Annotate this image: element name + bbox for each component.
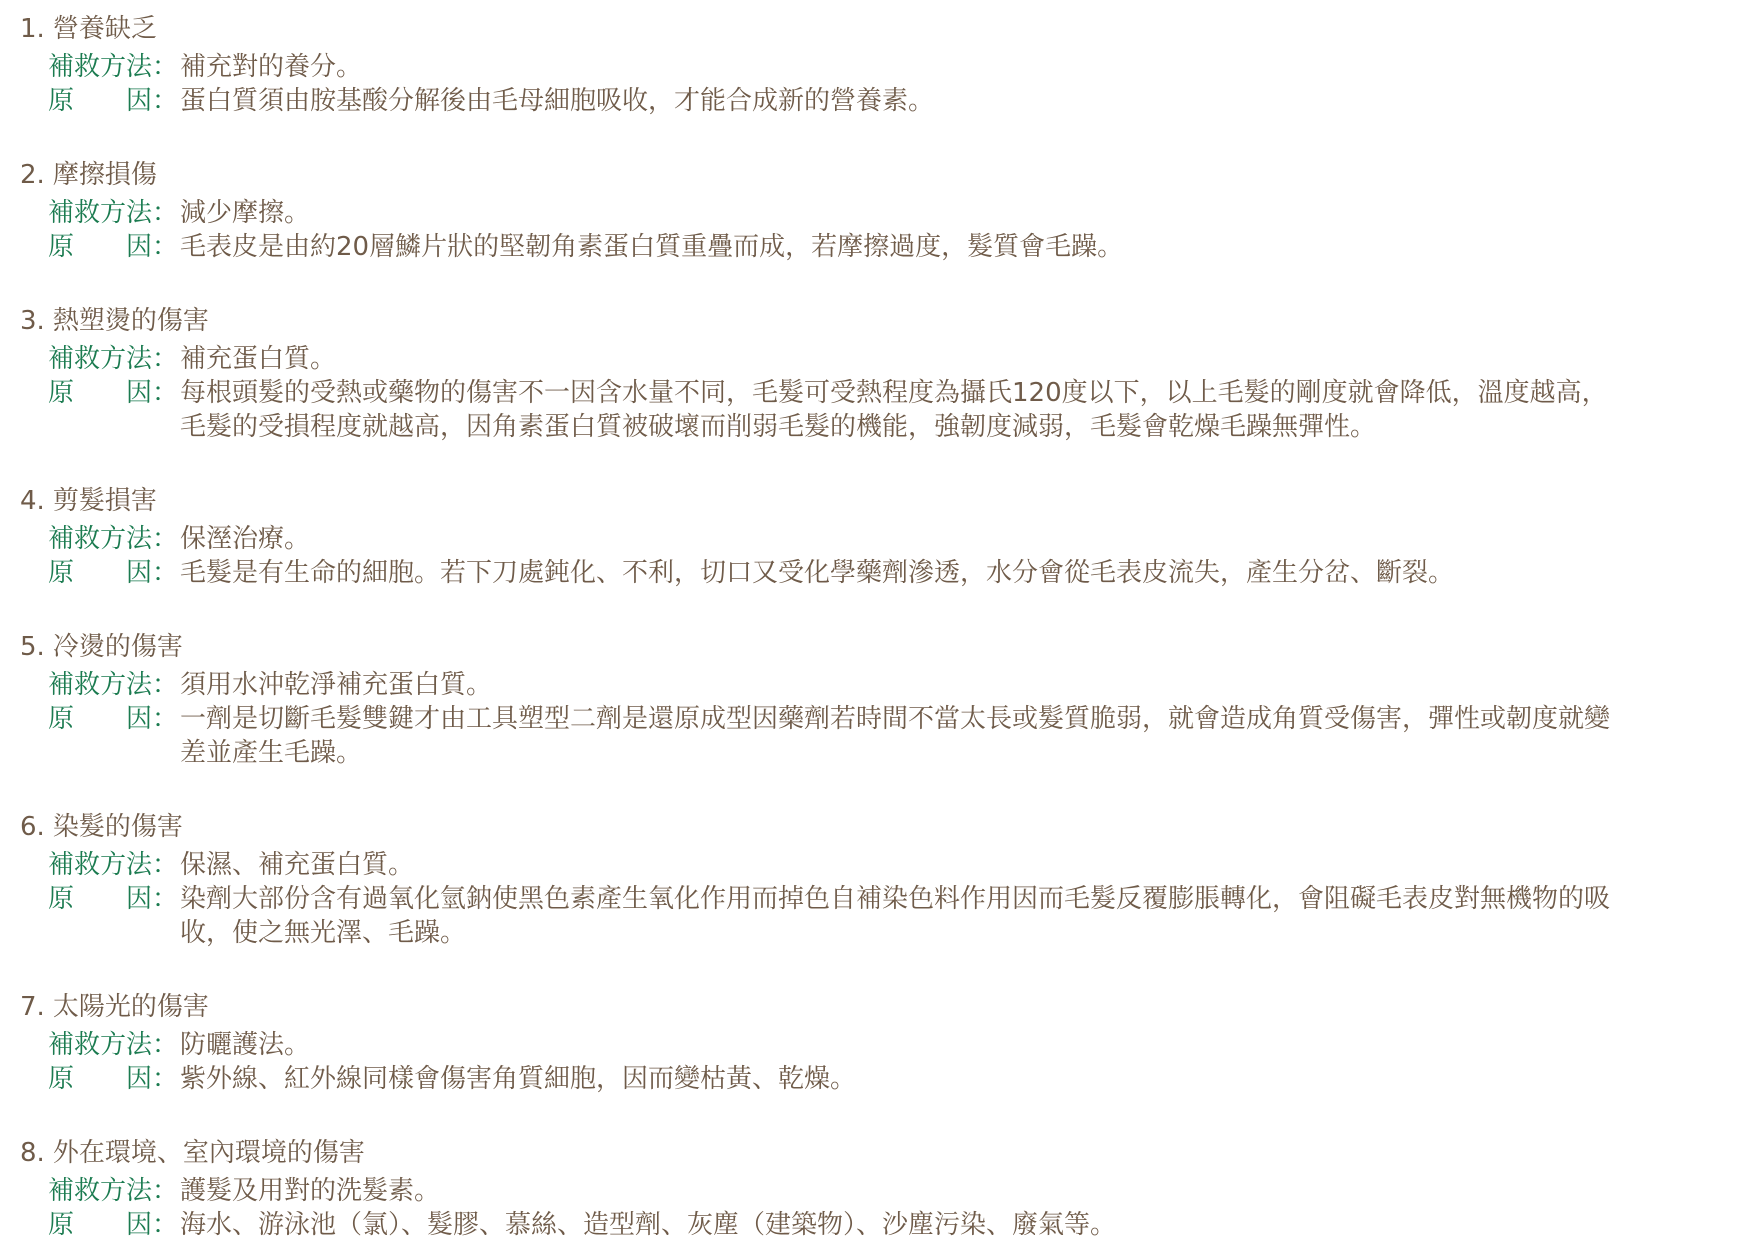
remedy-text: 護髮及用對的洗髮素。 (180, 1174, 440, 1208)
section-title: 1. 營養缺乏 (20, 12, 1744, 46)
section-number: 8. (20, 1136, 45, 1170)
section-title-text: 剪髮損害 (53, 484, 157, 518)
cause-text: 蛋白質須由胺基酸分解後由毛母細胞吸收，才能合成新的營養素。 (180, 84, 934, 118)
section-title-text: 染髮的傷害 (53, 810, 183, 844)
hair-damage-document: 1. 營養缺乏 補救方法： 補充對的養分。 原 因： 蛋白質須由胺基酸分解後由毛… (20, 12, 1744, 1240)
cause-row: 原 因： 蛋白質須由胺基酸分解後由毛母細胞吸收，才能合成新的營養素。 (48, 84, 1744, 118)
cause-label: 原 因： (48, 556, 180, 590)
cause-row: 原 因： 海水、游泳池（氯）、髮膠、慕絲、造型劑、灰塵（建築物）、沙塵污染、廢氣… (48, 1208, 1744, 1240)
remedy-row: 補救方法： 保濕、補充蛋白質。 (48, 848, 1744, 882)
section-7-sunlight-damage: 7. 太陽光的傷害 補救方法： 防曬護法。 原 因： 紫外線、紅外線同樣會傷害角… (20, 990, 1744, 1096)
cause-label: 原 因： (48, 1208, 180, 1240)
remedy-row: 補救方法： 補充對的養分。 (48, 50, 1744, 84)
remedy-text: 保溼治療。 (180, 522, 310, 556)
section-title: 8. 外在環境、室內環境的傷害 (20, 1136, 1744, 1170)
section-title-text: 外在環境、室內環境的傷害 (53, 1136, 365, 1170)
section-title-text: 摩擦損傷 (53, 158, 157, 192)
section-number: 5. (20, 630, 45, 664)
remedy-text: 補充蛋白質。 (180, 342, 336, 376)
section-title-text: 太陽光的傷害 (53, 990, 209, 1024)
section-2-friction-damage: 2. 摩擦損傷 補救方法： 減少摩擦。 原 因： 毛表皮是由約20層鱗片狀的堅韌… (20, 158, 1744, 264)
section-number: 4. (20, 484, 45, 518)
cause-label: 原 因： (48, 702, 180, 736)
remedy-text: 須用水沖乾淨補充蛋白質。 (180, 668, 492, 702)
cause-label: 原 因： (48, 882, 180, 916)
remedy-row: 補救方法： 須用水沖乾淨補充蛋白質。 (48, 668, 1744, 702)
cause-row: 原 因： 毛表皮是由約20層鱗片狀的堅韌角素蛋白質重疊而成，若摩擦過度，髮質會毛… (48, 230, 1744, 264)
cause-row: 原 因： 染劑大部份含有過氧化氫鈉使黑色素產生氧化作用而掉色自補染色料作用因而毛… (48, 882, 1744, 950)
remedy-label: 補救方法： (48, 1174, 180, 1208)
cause-row: 原 因： 每根頭髮的受熱或藥物的傷害不一因含水量不同，毛髮可受熱程度為攝氏120… (48, 376, 1744, 444)
cause-label: 原 因： (48, 230, 180, 264)
remedy-label: 補救方法： (48, 50, 180, 84)
remedy-row: 補救方法： 減少摩擦。 (48, 196, 1744, 230)
remedy-text: 保濕、補充蛋白質。 (180, 848, 414, 882)
section-3-heat-styling-damage: 3. 熱塑燙的傷害 補救方法： 補充蛋白質。 原 因： 每根頭髮的受熱或藥物的傷… (20, 304, 1744, 444)
remedy-label: 補救方法： (48, 848, 180, 882)
section-title: 3. 熱塑燙的傷害 (20, 304, 1744, 338)
remedy-label: 補救方法： (48, 196, 180, 230)
cause-text: 海水、游泳池（氯）、髮膠、慕絲、造型劑、灰塵（建築物）、沙塵污染、廢氣等。 (180, 1208, 1116, 1240)
cause-text: 毛髮是有生命的細胞。若下刀處鈍化、不利，切口又受化學藥劑滲透，水分會從毛表皮流失… (180, 556, 1454, 590)
section-title-text: 冷燙的傷害 (53, 630, 183, 664)
cause-text: 毛表皮是由約20層鱗片狀的堅韌角素蛋白質重疊而成，若摩擦過度，髮質會毛躁。 (180, 230, 1123, 264)
cause-text: 染劑大部份含有過氧化氫鈉使黑色素產生氧化作用而掉色自補染色料作用因而毛髮反覆膨脹… (180, 882, 1615, 950)
section-6-hair-dye-damage: 6. 染髮的傷害 補救方法： 保濕、補充蛋白質。 原 因： 染劑大部份含有過氧化… (20, 810, 1744, 950)
section-4-haircut-damage: 4. 剪髮損害 補救方法： 保溼治療。 原 因： 毛髮是有生命的細胞。若下刀處鈍… (20, 484, 1744, 590)
section-title-text: 熱塑燙的傷害 (53, 304, 209, 338)
cause-row: 原 因： 毛髮是有生命的細胞。若下刀處鈍化、不利，切口又受化學藥劑滲透，水分會從… (48, 556, 1744, 590)
remedy-label: 補救方法： (48, 522, 180, 556)
section-number: 2. (20, 158, 45, 192)
remedy-text: 減少摩擦。 (180, 196, 310, 230)
section-title: 7. 太陽光的傷害 (20, 990, 1744, 1024)
cause-text: 一劑是切斷毛髮雙鍵才由工具塑型二劑是還原成型因藥劑若時間不當太長或髮質脆弱，就會… (180, 702, 1615, 770)
section-title: 5. 冷燙的傷害 (20, 630, 1744, 664)
cause-text: 紫外線、紅外線同樣會傷害角質細胞，因而變枯黃、乾燥。 (180, 1062, 856, 1096)
section-title: 2. 摩擦損傷 (20, 158, 1744, 192)
section-title: 6. 染髮的傷害 (20, 810, 1744, 844)
remedy-row: 補救方法： 補充蛋白質。 (48, 342, 1744, 376)
cause-label: 原 因： (48, 84, 180, 118)
section-8-environment-damage: 8. 外在環境、室內環境的傷害 補救方法： 護髮及用對的洗髮素。 原 因： 海水… (20, 1136, 1744, 1240)
cause-row: 原 因： 紫外線、紅外線同樣會傷害角質細胞，因而變枯黃、乾燥。 (48, 1062, 1744, 1096)
section-number: 7. (20, 990, 45, 1024)
section-number: 3. (20, 304, 45, 338)
remedy-text: 補充對的養分。 (180, 50, 362, 84)
section-5-cold-perm-damage: 5. 冷燙的傷害 補救方法： 須用水沖乾淨補充蛋白質。 原 因： 一劑是切斷毛髮… (20, 630, 1744, 770)
remedy-text: 防曬護法。 (180, 1028, 310, 1062)
cause-label: 原 因： (48, 1062, 180, 1096)
cause-label: 原 因： (48, 376, 180, 410)
cause-text: 每根頭髮的受熱或藥物的傷害不一因含水量不同，毛髮可受熱程度為攝氏120度以下，以… (180, 376, 1615, 444)
cause-row: 原 因： 一劑是切斷毛髮雙鍵才由工具塑型二劑是還原成型因藥劑若時間不當太長或髮質… (48, 702, 1744, 770)
remedy-row: 補救方法： 保溼治療。 (48, 522, 1744, 556)
section-number: 6. (20, 810, 45, 844)
remedy-label: 補救方法： (48, 668, 180, 702)
section-title: 4. 剪髮損害 (20, 484, 1744, 518)
section-number: 1. (20, 12, 45, 46)
section-title-text: 營養缺乏 (53, 12, 157, 46)
remedy-row: 補救方法： 防曬護法。 (48, 1028, 1744, 1062)
remedy-label: 補救方法： (48, 1028, 180, 1062)
section-1-nutrition-deficiency: 1. 營養缺乏 補救方法： 補充對的養分。 原 因： 蛋白質須由胺基酸分解後由毛… (20, 12, 1744, 118)
remedy-label: 補救方法： (48, 342, 180, 376)
remedy-row: 補救方法： 護髮及用對的洗髮素。 (48, 1174, 1744, 1208)
